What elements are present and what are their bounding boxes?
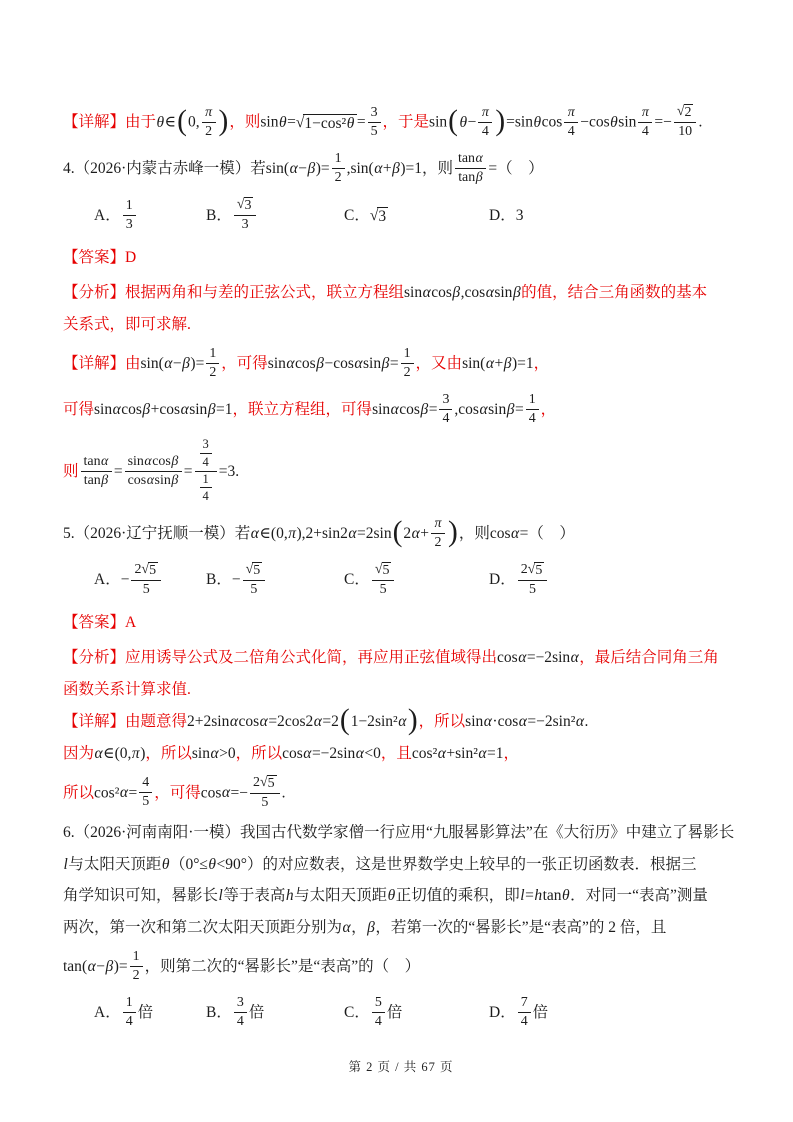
math-text: cosα=−2sinα<0 xyxy=(282,745,381,762)
sqrt-expression: √5 xyxy=(141,562,158,579)
fraction: 13 xyxy=(123,198,136,233)
red-text: ，所以 xyxy=(419,713,466,730)
math-text: = xyxy=(488,160,497,177)
math-text: θ− xyxy=(459,114,476,131)
fraction: 2√55 xyxy=(250,775,280,811)
q5-option-d: D．2√55 xyxy=(489,563,549,599)
red-text: 【详解】由 xyxy=(63,355,141,372)
q6-stem-2: l与太阳天顶距θ（0°≤θ<90°）的对应数表，这是世界数学史上较早的一张正切函… xyxy=(63,855,739,876)
math-text: sinα·cosα=−2sin²α. xyxy=(465,713,588,730)
fraction: √55 xyxy=(372,562,395,598)
q4-analysis-2: 关系式，即可求解. xyxy=(63,315,739,336)
fraction: √210 xyxy=(674,104,697,140)
fraction: 34 xyxy=(234,995,247,1030)
q5-option-a: A．−2√55 xyxy=(94,563,206,599)
sqrt-expression: √2 xyxy=(677,104,694,121)
fraction: 12 xyxy=(130,949,143,984)
q5-option-b: B．−√55 xyxy=(206,563,344,599)
math-text: cosα=− xyxy=(201,784,248,801)
fraction: 45 xyxy=(139,775,152,810)
q5-option-c: C．√55 xyxy=(344,563,489,599)
q6-option-a: A．14倍 xyxy=(94,996,206,1031)
math-text: sin xyxy=(429,114,447,131)
q5-analysis-2: 函数关系计算求值. xyxy=(63,680,739,701)
math-text: sinθ= xyxy=(260,114,295,131)
big-paren: ( xyxy=(448,105,458,137)
math-text: =− xyxy=(654,114,671,131)
red-text: 则 xyxy=(63,463,79,480)
sqrt-expression: √3 xyxy=(370,207,388,226)
big-paren: ( xyxy=(340,704,350,736)
red-text: ， xyxy=(534,355,550,372)
math-text: 1−2sin²α xyxy=(351,713,407,730)
math-text: sin(α+β)=1 xyxy=(462,355,534,372)
q4-option-a: A．13 xyxy=(94,199,206,234)
red-text: ，最后结合同角三角 xyxy=(579,649,719,666)
big-paren: ) xyxy=(408,704,418,736)
q4-detail-3: 则tanαtanβ=sinαcosβcosαsinβ=3414=3. xyxy=(63,439,739,506)
fraction: sinαcosβcosαsinβ xyxy=(125,454,182,489)
math-text: α∈(0,π) xyxy=(94,745,145,762)
math-text: − xyxy=(232,570,241,591)
q4-option-b: B．√33 xyxy=(206,198,344,234)
fraction: π4 xyxy=(564,105,578,140)
q4-option-c: C．√3 xyxy=(344,206,489,227)
red-text: ， xyxy=(541,401,557,418)
sqrt-expression: √3 xyxy=(237,197,254,214)
math-text: sin(α−β)= xyxy=(266,160,330,177)
big-paren: ( xyxy=(177,105,187,137)
math-text: α∈(0,π),2+sin2α=2sin xyxy=(250,525,391,542)
math-text: =sinθcos xyxy=(506,114,562,131)
fraction: 34 xyxy=(200,437,212,469)
big-paren: ) xyxy=(219,105,229,137)
q5-analysis-1: 【分析】应用诱导公式及二倍角公式化简，再应用正弦值域得出cosα=−2sinα，… xyxy=(63,648,739,669)
red-text: 【分析】根据两角和与差的正弦公式，联立方程组 xyxy=(63,284,404,301)
sqrt-expression: √5 xyxy=(260,775,277,792)
math-text: θ∈ xyxy=(156,114,176,131)
q4-analysis-1: 【分析】根据两角和与差的正弦公式，联立方程组sinαcosβ,cosαsinβ的… xyxy=(63,283,739,304)
red-text: 可得 xyxy=(63,401,94,418)
red-text: 【答案】A xyxy=(63,614,136,631)
math-text: α xyxy=(342,919,351,936)
math-text: 2α+ xyxy=(403,525,429,542)
q6-stem-5: tan(α−β)=12，则第二次的“晷影长”是“表高”的（ ） xyxy=(63,950,739,985)
fraction: 12 xyxy=(332,151,345,186)
q6-stem-4: 两次，第一次和第二次太阳天顶距分别为α，β，若第一次的“晷影长”是“表高”的 2… xyxy=(63,918,739,939)
math-text: 3 xyxy=(516,206,524,227)
q6-option-c: C．54倍 xyxy=(344,996,489,1031)
math-text: − xyxy=(121,570,130,591)
red-text: 关系式，即可求解. xyxy=(63,316,191,333)
math-text: cos²α+sin²α=1 xyxy=(412,745,504,762)
fraction: 3414 xyxy=(195,438,217,505)
math-text: sinαcosβ+cosαsinβ=1 xyxy=(94,401,233,418)
red-text: ，于是 xyxy=(383,114,430,131)
red-text: ，所以 xyxy=(236,745,283,762)
q5-detail-2: 因为α∈(0,π)，所以sinα>0，所以cosα=−2sinα<0，且cos²… xyxy=(63,744,739,765)
math-text: = xyxy=(114,463,123,480)
fraction: √33 xyxy=(234,197,257,233)
q3-detail-line: 【详解】由于θ∈(0,π2)，则sinθ=√1−cos²θ=35，于是sin(θ… xyxy=(63,105,739,141)
page-footer: 第 2 页 / 共 67 页 xyxy=(63,1059,739,1076)
big-paren: ) xyxy=(495,105,505,137)
big-paren: ( xyxy=(393,516,403,548)
fraction: π4 xyxy=(638,105,652,140)
math-text: sinαcosβ−cosαsinβ= xyxy=(268,355,399,372)
math-text: 2+2sinαcosα=2cos2α=2 xyxy=(187,713,339,730)
red-text: 函数关系计算求值. xyxy=(63,681,191,698)
fraction: π2 xyxy=(431,516,445,551)
fraction: 14 xyxy=(526,392,539,427)
red-text: ，所以 xyxy=(145,745,192,762)
math-text: sinαcosβ= xyxy=(372,401,437,418)
math-text: ,cosαsinβ= xyxy=(454,401,523,418)
fraction: 14 xyxy=(200,472,212,504)
big-paren: ) xyxy=(448,516,458,548)
document-page: 【详解】由于θ∈(0,π2)，则sinθ=√1−cos²θ=35，于是sin(θ… xyxy=(0,0,793,1076)
red-text: ，又由 xyxy=(416,355,463,372)
q5-detail-1: 【详解】由题意得2+2sinαcosα=2cos2α=2(1−2sin²α)，所… xyxy=(63,712,739,733)
fraction: tanαtanβ xyxy=(81,454,112,489)
q6-options: A．14倍B．34倍C．54倍D．74倍 xyxy=(63,996,739,1031)
math-text: sinα>0 xyxy=(192,745,236,762)
fraction: π4 xyxy=(478,105,492,140)
q6-option-d: D．74倍 xyxy=(489,996,548,1031)
red-text: 【详解】由于 xyxy=(63,114,156,131)
fraction: 74 xyxy=(518,995,531,1030)
math-text: −cosθsin xyxy=(580,114,636,131)
math-text: sinαcosβ,cosαsinβ xyxy=(404,284,521,301)
math-text: . xyxy=(698,114,702,131)
q4-options: A．13B．√33C．√3D．3 xyxy=(63,198,739,234)
fraction: 14 xyxy=(123,995,136,1030)
sqrt-expression: √5 xyxy=(246,562,263,579)
math-text: ,sin(α+β)=1 xyxy=(347,160,422,177)
red-text: ，可得 xyxy=(154,784,201,801)
fraction: 54 xyxy=(372,995,385,1030)
red-text: 因为 xyxy=(63,745,94,762)
red-text: ，可得 xyxy=(221,355,268,372)
q4-detail-2: 可得sinαcosβ+cosαsinβ=1，联立方程组，可得sinαcosβ=3… xyxy=(63,393,739,428)
q4-detail-1: 【详解】由sin(α−β)=12，可得sinαcosβ−cosαsinβ=12，… xyxy=(63,347,739,382)
math-text: 0, xyxy=(188,114,200,131)
math-text: = xyxy=(184,463,193,480)
fraction: 35 xyxy=(368,105,381,140)
math-text: h xyxy=(285,887,294,904)
math-text: cosα=−2sinα xyxy=(497,649,579,666)
red-text: 所以 xyxy=(63,784,94,801)
fraction: 12 xyxy=(401,346,414,381)
q6-stem-3: 角学知识可知，晷影长l等于表高h与太阳天顶距θ正切值的乘积，即l=htanθ．对… xyxy=(63,886,739,907)
math-text: tan(α−β)= xyxy=(63,958,128,975)
q5-stem: 5.（2026·辽宁抚顺一模）若α∈(0,π),2+sin2α=2sin(2α+… xyxy=(63,517,739,552)
math-text: θ xyxy=(161,856,170,873)
fraction: 2√55 xyxy=(518,562,548,598)
red-text: 的值，结合三角函数的基本 xyxy=(521,284,707,301)
red-text: ， xyxy=(504,745,520,762)
math-text: l=htanθ xyxy=(520,887,570,904)
math-text: = xyxy=(357,114,366,131)
red-text: 【详解】由题意得 xyxy=(63,713,187,730)
red-text: ，则 xyxy=(229,114,260,131)
q5-detail-3: 所以cos²α=45，可得cosα=−2√55. xyxy=(63,776,739,812)
q4-stem: 4.（2026·内蒙古赤峰一模）若sin(α−β)=12,sin(α+β)=1，… xyxy=(63,152,739,187)
math-text: θ xyxy=(387,887,396,904)
fraction: 34 xyxy=(439,392,452,427)
fraction: √55 xyxy=(243,562,266,598)
math-text: sin(α−β)= xyxy=(141,355,205,372)
red-text: 【答案】D xyxy=(63,249,136,266)
fraction: π2 xyxy=(202,105,216,140)
math-text: =3. xyxy=(219,463,239,480)
q4-option-d: D．3 xyxy=(489,206,523,227)
fraction: tanαtanβ xyxy=(455,151,486,186)
q4-answer: 【答案】D xyxy=(63,248,739,269)
math-text: cos²α= xyxy=(94,784,137,801)
fraction: 12 xyxy=(206,346,219,381)
sqrt-expression: √5 xyxy=(375,562,392,579)
sqrt-expression: √5 xyxy=(528,562,545,579)
q5-options: A．−2√55B．−√55C．√55D．2√55 xyxy=(63,563,739,599)
fraction: 2√55 xyxy=(131,562,161,598)
red-text: ，联立方程组，可得 xyxy=(233,401,373,418)
q6-stem-1: 6.（2026·河南南阳·一模）我国古代数学家僧一行应用“九服晷影算法”在《大衍… xyxy=(63,823,739,844)
red-text: 【分析】应用诱导公式及二倍角公式化简，再应用正弦值域得出 xyxy=(63,649,497,666)
sqrt-expression: √1−cos²θ xyxy=(296,114,357,133)
q5-answer: 【答案】A xyxy=(63,613,739,634)
red-text: ，且 xyxy=(381,745,412,762)
math-text: . xyxy=(282,784,286,801)
q6-option-b: B．34倍 xyxy=(206,996,344,1031)
math-text: cosα= xyxy=(490,525,529,542)
document-body: 【详解】由于θ∈(0,π2)，则sinθ=√1−cos²θ=35，于是sin(θ… xyxy=(63,105,739,1031)
math-text: θ xyxy=(208,856,217,873)
